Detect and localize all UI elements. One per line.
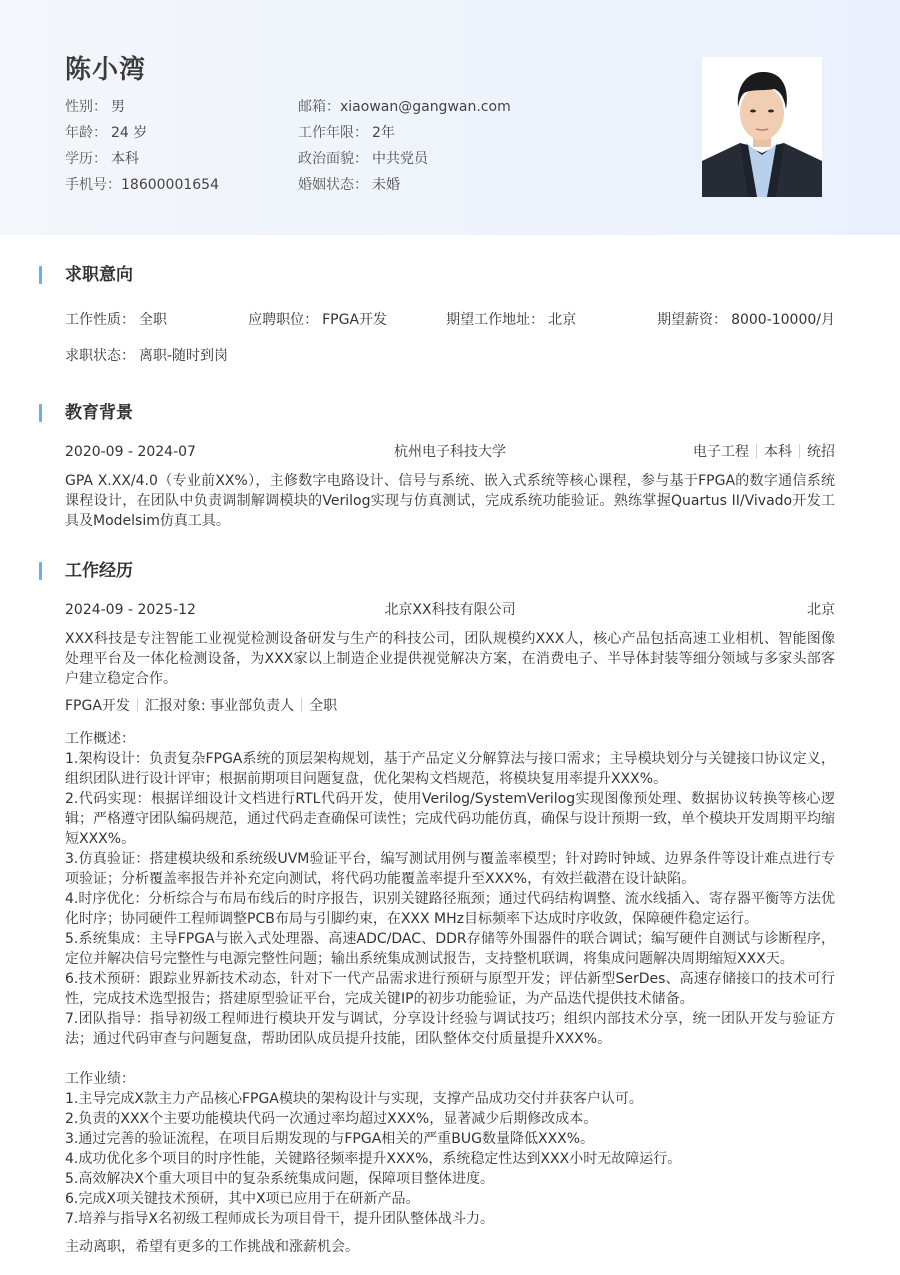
info-work-years: 工作年限：2年 <box>298 120 598 146</box>
intent-status: 求职状态：离职-随时到岗 <box>65 345 228 367</box>
section-title-job-intent: 求职意向 <box>65 263 835 287</box>
tag-divider <box>756 444 757 458</box>
work-company: 北京XX科技有限公司 <box>384 599 515 621</box>
leave-reason: 主动离职，希望有更多的工作挑战和涨薪机会。 <box>65 1237 835 1257</box>
intent-row-1: 工作性质：全职 应聘职位：FPGA开发 期望工作地址：北京 期望薪资：8000-… <box>65 309 835 331</box>
work-location: 北京 <box>807 599 835 621</box>
overview-item: 6.技术预研：跟踪业界新技术动态，针对下一代产品需求进行预研与原型开发；评估新型… <box>65 969 835 1009</box>
section-accent-bar <box>39 266 42 284</box>
section-work-experience: 工作经历 2024-09 - 2025-12 北京XX科技有限公司 北京 XXX… <box>0 559 900 1257</box>
achievement-item: 5.高效解决X个重大项目中的复杂系统集成问题，保障项目整体进度。 <box>65 1169 835 1189</box>
section-education: 教育背景 2020-09 - 2024-07 杭州电子科技大学 电子工程本科统招… <box>0 401 900 531</box>
overview-title: 工作概述： <box>65 729 835 749</box>
info-age: 年龄：24 岁 <box>65 120 298 146</box>
overview-item: 2.代码实现：根据详细设计文档进行RTL代码开发，使用Verilog/Syste… <box>65 789 835 849</box>
overview-item: 1.架构设计：负责复杂FPGA系统的顶层架构规划，基于产品定义分解算法与接口需求… <box>65 749 835 789</box>
section-title-education: 教育背景 <box>65 401 835 425</box>
info-education: 学历：本科 <box>65 146 298 172</box>
section-job-intent: 求职意向 工作性质：全职 应聘职位：FPGA开发 期望工作地址：北京 期望薪资：… <box>0 263 900 367</box>
section-accent-bar <box>39 404 42 422</box>
work-header-row: 2024-09 - 2025-12 北京XX科技有限公司 北京 <box>65 599 835 621</box>
overview-item: 5.系统集成：主导FPGA与嵌入式处理器、高速ADC/DAC、DDR存储等外围器… <box>65 929 835 969</box>
info-marital-status: 婚姻状态：未婚 <box>298 172 598 198</box>
achievement-item: 3.通过完善的验证流程，在项目后期发现的与FPGA相关的严重BUG数量降低XXX… <box>65 1129 835 1149</box>
resume-header: 陈小湾 性别：男 邮箱：xiaowan@gangwan.com 年龄：24 岁 … <box>0 0 900 235</box>
achievement-item: 7.培养与指导X名初级工程师成长为项目骨干，提升团队整体战斗力。 <box>65 1209 835 1229</box>
work-tags: FPGA开发汇报对象: 事业部负责人全职 <box>65 695 835 717</box>
education-description: GPA X.XX/4.0（专业前XX%），主修数字电路设计、信号与系统、嵌入式系… <box>65 471 835 531</box>
overview-item: 3.仿真验证：搭建模块级和系统级UVM验证平台，编写测试用例与覆盖率模型；针对跨… <box>65 849 835 889</box>
education-tags: 电子工程本科统招 <box>693 441 835 463</box>
tag-divider <box>137 698 138 712</box>
section-accent-bar <box>39 562 42 580</box>
intent-row-2: 求职状态：离职-随时到岗 <box>65 345 835 367</box>
achievement-item: 6.完成X项关键技术预研，其中X项已应用于在研新产品。 <box>65 1189 835 1209</box>
overview-item: 4.时序优化：分析综合与布局布线后的时序报告，识别关键路径瓶颈；通过代码结构调整… <box>65 889 835 929</box>
intent-position: 应聘职位：FPGA开发 <box>248 309 446 331</box>
profile-photo <box>702 57 822 197</box>
intent-location: 期望工作地址：北京 <box>446 309 657 331</box>
work-period: 2024-09 - 2025-12 <box>65 599 196 621</box>
intent-work-type: 工作性质：全职 <box>65 309 248 331</box>
tag-divider <box>301 698 302 712</box>
info-phone: 手机号：18600001654 <box>65 172 298 198</box>
education-header-row: 2020-09 - 2024-07 杭州电子科技大学 电子工程本科统招 <box>65 441 835 463</box>
info-gender: 性别：男 <box>65 94 298 120</box>
achievement-item: 1.主导完成X款主力产品核心FPGA模块的架构设计与实现，支撑产品成功交付并获客… <box>65 1089 835 1109</box>
work-achievements: 工作业绩： 1.主导完成X款主力产品核心FPGA模块的架构设计与实现，支撑产品成… <box>65 1069 835 1229</box>
tag-divider <box>799 444 800 458</box>
education-school: 杭州电子科技大学 <box>394 441 506 463</box>
person-photo-icon <box>702 57 822 197</box>
info-email: 邮箱：xiaowan@gangwan.com <box>298 94 598 120</box>
overview-item: 7.团队指导：指导初级工程师进行模块开发与调试，分享设计经验与调试技巧；组织内部… <box>65 1009 835 1049</box>
achievement-item: 4.成功优化多个项目的时序性能，关键路径频率提升XXX%，系统稳定性达到XXX小… <box>65 1149 835 1169</box>
achievements-title: 工作业绩： <box>65 1069 835 1089</box>
education-period: 2020-09 - 2024-07 <box>65 441 196 463</box>
achievement-item: 2.负责的XXX个主要功能模块代码一次通过率均超过XXX%，显著减少后期修改成本… <box>65 1109 835 1129</box>
section-title-work: 工作经历 <box>65 559 835 583</box>
company-intro: XXX科技是专注智能工业视觉检测设备研发与生产的科技公司，团队规模约XXX人，核… <box>65 629 835 689</box>
intent-salary: 期望薪资：8000-10000/月 <box>657 309 835 331</box>
info-political-status: 政治面貌：中共党员 <box>298 146 598 172</box>
work-overview: 工作概述： 1.架构设计：负责复杂FPGA系统的顶层架构规划，基于产品定义分解算… <box>65 729 835 1049</box>
